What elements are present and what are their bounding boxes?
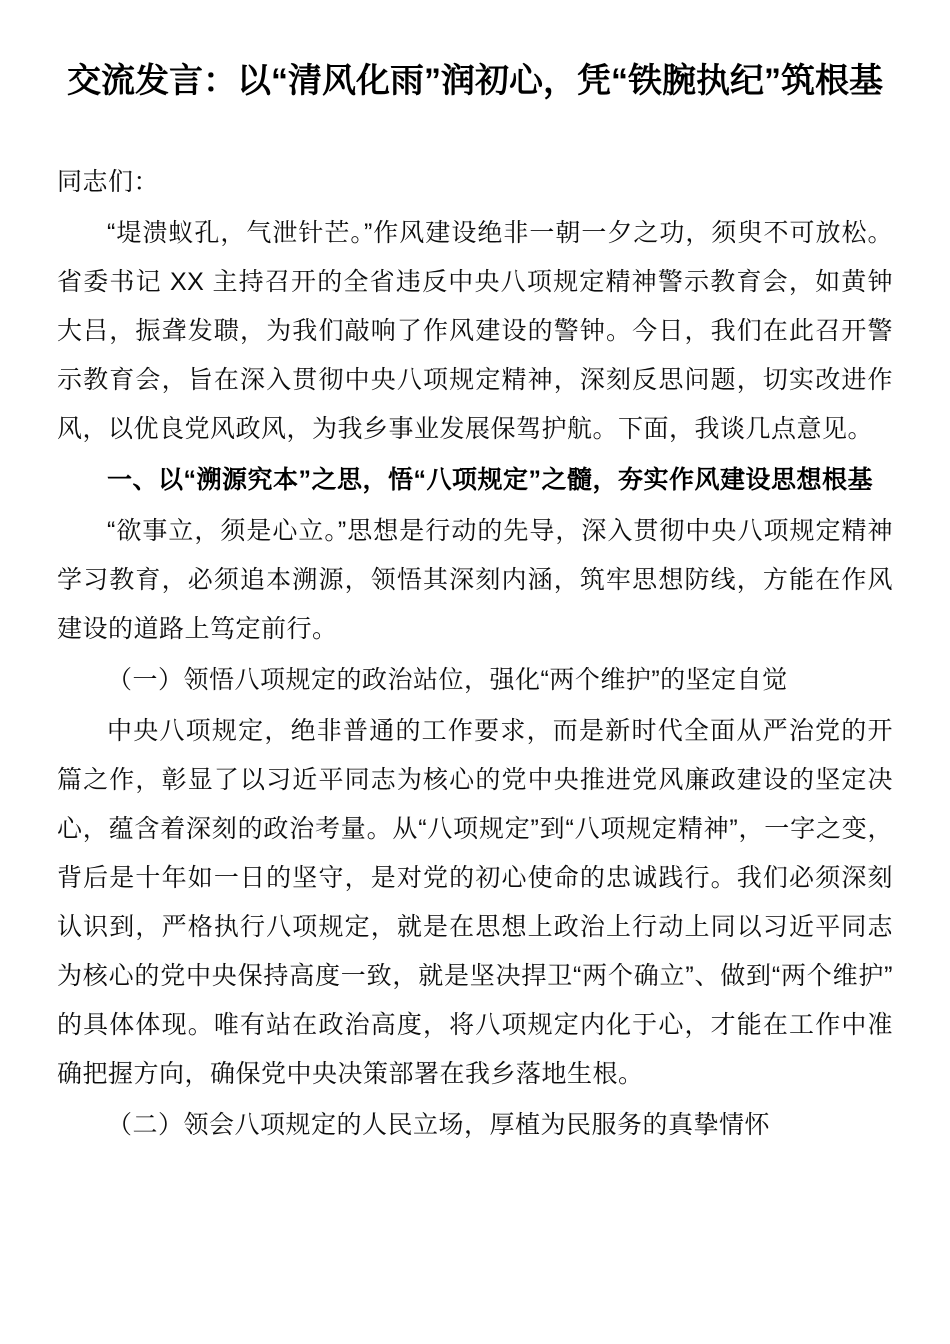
document-title: 交流发言：以“清风化雨”润初心，凭“铁腕执纪”筑根基 [57, 56, 893, 106]
paragraph-subsection1-1-body: 中央八项规定，绝非普通的工作要求，而是新时代全面从严治党的开篇之作，彰显了以习近… [57, 707, 893, 1099]
subsection-heading-1-1: （一）领悟八项规定的政治站位，强化“两个维护”的坚定自觉 [57, 656, 893, 705]
section-heading-1: 一、以“溯源究本”之思，悟“八项规定”之髓，夯实作风建设思想根基 [57, 456, 893, 505]
subsection-heading-1-2: （二）领会八项规定的人民立场，厚植为民服务的真挚情怀 [57, 1101, 893, 1150]
paragraph-section1-lead: “欲事立，须是心立。”思想是行动的先导，深入贯彻中央八项规定精神学习教育，必须追… [57, 507, 893, 654]
salutation: 同志们： [57, 158, 893, 207]
document-page: 交流发言：以“清风化雨”润初心，凭“铁腕执纪”筑根基 同志们： “堤溃蚁孔，气泄… [0, 0, 950, 1344]
paragraph-intro: “堤溃蚁孔，气泄针芒。”作风建设绝非一朝一夕之功，须臾不可放松。省委书记 XX … [57, 209, 893, 454]
